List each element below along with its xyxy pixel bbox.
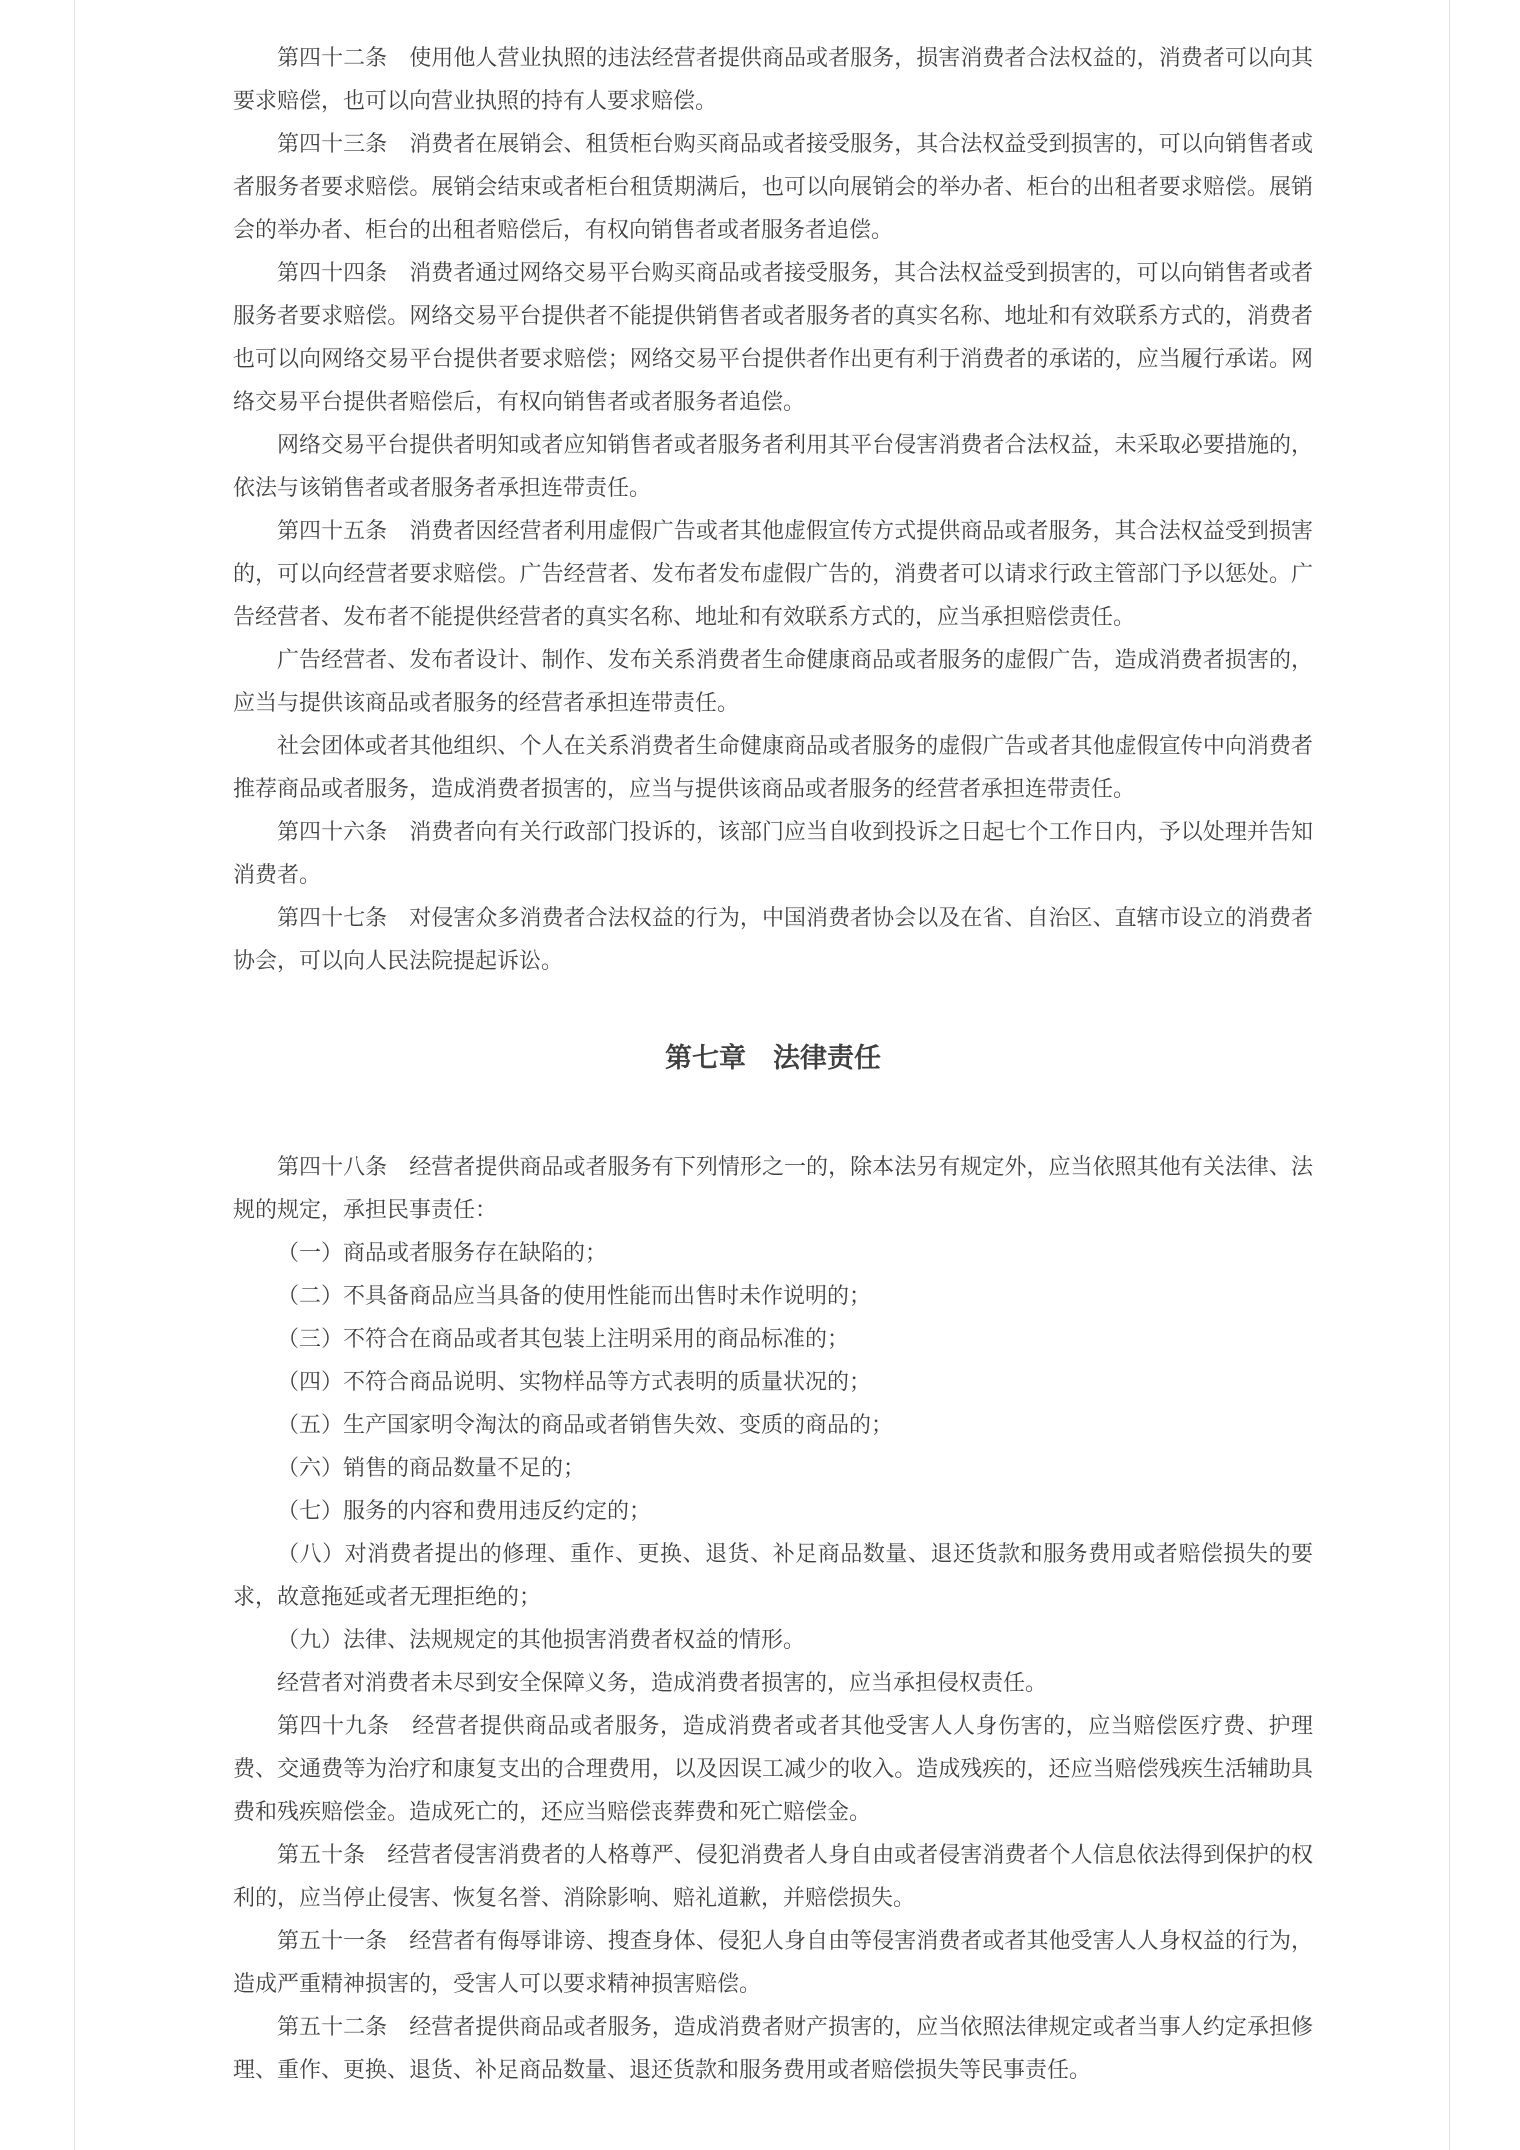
law-paragraph: 广告经营者、发布者设计、制作、发布关系消费者生命健康商品或者服务的虚假广告，造成… bbox=[233, 638, 1313, 724]
law-paragraph: 网络交易平台提供者明知或者应知销售者或者服务者利用其平台侵害消费者合法权益，未采… bbox=[233, 423, 1313, 509]
law-paragraph: （八）对消费者提出的修理、重作、更换、退货、补足商品数量、退还货款和服务费用或者… bbox=[233, 1532, 1313, 1618]
document-content: 第四十二条 使用他人营业执照的违法经营者提供商品或者服务，损害消费者合法权益的，… bbox=[233, 36, 1313, 2091]
page-left-border bbox=[74, 0, 75, 2150]
law-paragraph: 第五十二条 经营者提供商品或者服务，造成消费者财产损害的，应当依照法律规定或者当… bbox=[233, 2005, 1313, 2091]
law-paragraph: 经营者对消费者未尽到安全保障义务，造成消费者损害的，应当承担侵权责任。 bbox=[233, 1661, 1313, 1704]
law-paragraph: （六）销售的商品数量不足的； bbox=[233, 1446, 1313, 1489]
law-paragraph: 第四十七条 对侵害众多消费者合法权益的行为，中国消费者协会以及在省、自治区、直辖… bbox=[233, 896, 1313, 982]
law-paragraph: 第五十条 经营者侵害消费者的人格尊严、侵犯消费者人身自由或者侵害消费者个人信息依… bbox=[233, 1833, 1313, 1919]
law-paragraph: 第四十四条 消费者通过网络交易平台购买商品或者接受服务，其合法权益受到损害的，可… bbox=[233, 251, 1313, 423]
law-paragraph: （五）生产国家明令淘汰的商品或者销售失效、变质的商品的； bbox=[233, 1403, 1313, 1446]
document-page: 第四十二条 使用他人营业执照的违法经营者提供商品或者服务，损害消费者合法权益的，… bbox=[0, 0, 1520, 2150]
law-paragraph: （一）商品或者服务存在缺陷的； bbox=[233, 1231, 1313, 1274]
law-paragraph: 社会团体或者其他组织、个人在关系消费者生命健康商品或者服务的虚假广告或者其他虚假… bbox=[233, 724, 1313, 810]
law-paragraph: 第五十一条 经营者有侮辱诽谤、搜查身体、侵犯人身自由等侵害消费者或者其他受害人人… bbox=[233, 1919, 1313, 2005]
law-paragraph: 第四十五条 消费者因经营者利用虚假广告或者其他虚假宣传方式提供商品或者服务，其合… bbox=[233, 509, 1313, 638]
law-paragraph: 第四十三条 消费者在展销会、租赁柜台购买商品或者接受服务，其合法权益受到损害的，… bbox=[233, 122, 1313, 251]
chapter-heading: 第七章 法律责任 bbox=[233, 1037, 1313, 1080]
law-paragraph: （七）服务的内容和费用违反约定的； bbox=[233, 1489, 1313, 1532]
law-paragraph: （二）不具备商品应当具备的使用性能而出售时未作说明的； bbox=[233, 1274, 1313, 1317]
law-paragraph: （三）不符合在商品或者其包装上注明采用的商品标准的； bbox=[233, 1317, 1313, 1360]
law-paragraph: （九）法律、法规规定的其他损害消费者权益的情形。 bbox=[233, 1618, 1313, 1661]
law-paragraph: 第四十二条 使用他人营业执照的违法经营者提供商品或者服务，损害消费者合法权益的，… bbox=[233, 36, 1313, 122]
page-right-border bbox=[1449, 0, 1450, 2150]
law-paragraph: 第四十九条 经营者提供商品或者服务，造成消费者或者其他受害人人身伤害的，应当赔偿… bbox=[233, 1704, 1313, 1833]
law-paragraph: （四）不符合商品说明、实物样品等方式表明的质量状况的； bbox=[233, 1360, 1313, 1403]
law-paragraph: 第四十八条 经营者提供商品或者服务有下列情形之一的，除本法另有规定外，应当依照其… bbox=[233, 1145, 1313, 1231]
law-paragraph: 第四十六条 消费者向有关行政部门投诉的，该部门应当自收到投诉之日起七个工作日内，… bbox=[233, 810, 1313, 896]
